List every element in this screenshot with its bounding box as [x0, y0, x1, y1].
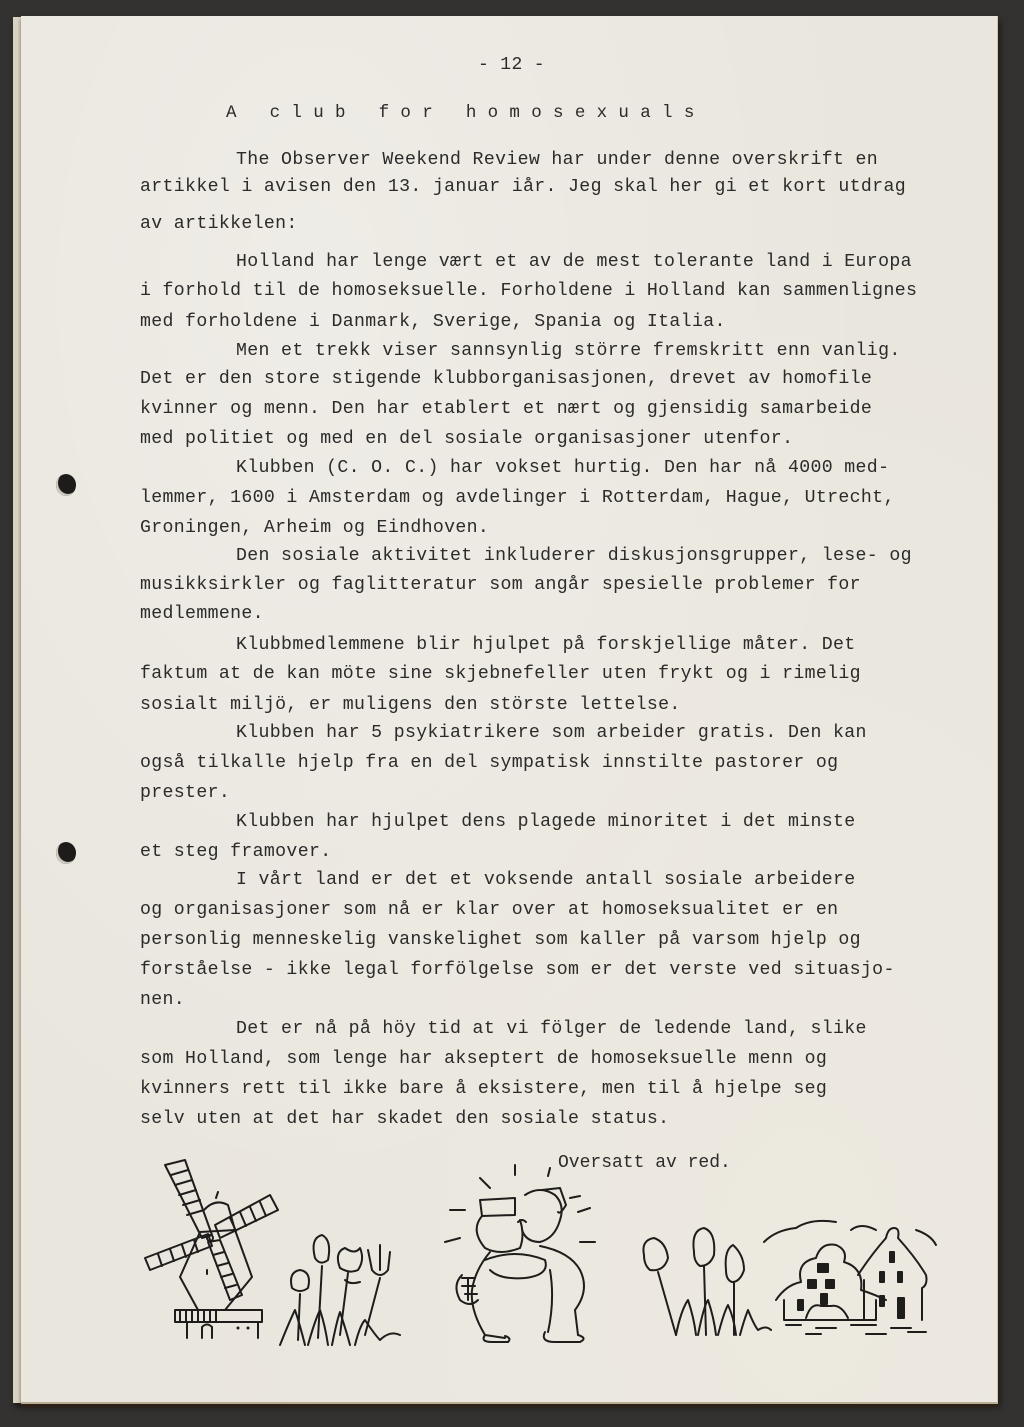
article-line: forståelse - ikke legal forfölgelse som … [140, 955, 895, 986]
punch-hole-bottom [56, 842, 76, 864]
article-line: selv uten at det har skadet den sosiale … [140, 1104, 669, 1135]
article-line: musikksirkler og faglitteratur som angår… [140, 570, 861, 601]
article-line: nen. [140, 985, 185, 1016]
windmill-illustration [140, 1160, 410, 1355]
article-line: et steg framover. [140, 837, 332, 868]
windmill-icon [140, 1160, 410, 1350]
article-line: som Holland, som lenge har akseptert de … [140, 1044, 827, 1075]
kissing-figures-icon [430, 1160, 610, 1340]
article-line: Groningen, Arheim og Eindhoven. [140, 513, 489, 544]
article-line: artikkel i avisen den 13. januar iår. Je… [140, 172, 906, 203]
article-line: med forholdene i Danmark, Sverige, Spani… [140, 307, 726, 338]
tulips-and-houses-illustration [636, 1200, 936, 1345]
article-line: Klubben (C. O. C.) har vokset hurtig. De… [236, 453, 889, 484]
article-line: Det er nå på höy tid at vi fölger de led… [236, 1014, 867, 1045]
article-line: sosialt miljö, er muligens den störste l… [140, 690, 681, 721]
article-line: også tilkalle hjelp fra en del sympatisk… [140, 748, 838, 779]
article-line: kvinner og menn. Den har etablert et nær… [140, 394, 872, 425]
article-line: og organisasjoner som nå er klar over at… [140, 895, 838, 926]
article-line: i forhold til de homoseksuelle. Forholde… [140, 276, 917, 307]
article-line: Klubbmedlemmene blir hjulpet på forskjel… [236, 630, 856, 661]
article-line: prester. [140, 778, 230, 809]
article-line: medlemmene. [140, 599, 264, 630]
article-line: Den sosiale aktivitet inkluderer diskusj… [236, 541, 912, 572]
sailors-kissing-illustration [430, 1160, 610, 1345]
punch-hole-top [56, 474, 76, 496]
article-line: personlig menneskelig vanskelighet som k… [140, 925, 861, 956]
article-line: The Observer Weekend Review har under de… [236, 145, 878, 176]
article-line: faktum at de kan möte sine skjebnefeller… [140, 659, 861, 690]
dutch-houses-icon [636, 1200, 936, 1340]
article-line: Klubben har hjulpet dens plagede minorit… [236, 807, 856, 838]
article-line: av artikkelen: [140, 209, 298, 240]
article-line: lemmer, 1600 i Amsterdam og avdelinger i… [140, 483, 895, 514]
page-number: - 12 - [478, 50, 545, 81]
article-line: Det er den store stigende klubborganisas… [140, 364, 872, 395]
article-line: Men et trekk viser sannsynlig större fre… [236, 336, 901, 367]
article-line: med politiet og med en del sosiale organ… [140, 424, 793, 455]
article-line: Klubben har 5 psykiatrikere som arbeider… [236, 718, 867, 749]
article-line: kvinners rett til ikke bare å eksistere,… [140, 1074, 827, 1105]
article-line: I vårt land er det et voksende antall so… [236, 865, 856, 896]
article-title: A club for homosexuals [226, 98, 706, 129]
article-line: Holland har lenge vært et av de mest tol… [236, 247, 912, 278]
